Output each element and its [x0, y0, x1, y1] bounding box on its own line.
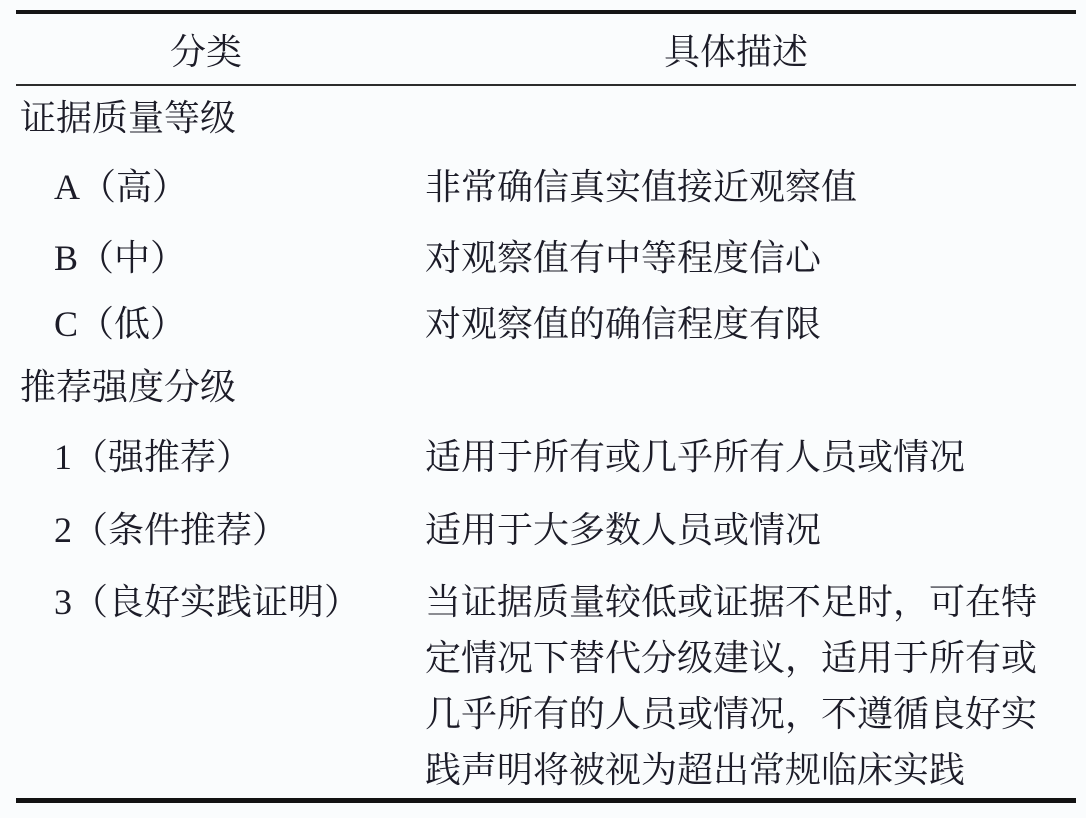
section-title: 推荐强度分级	[16, 359, 420, 415]
grade-evidence-table: 分类 具体描述 证据质量等级 A（高） 非常确信真实值接近观察值 B（中） 对观…	[16, 10, 1076, 803]
section-row-evidence-quality: 证据质量等级	[16, 86, 1076, 150]
table-row: B（中） 对观察值有中等程度信心	[16, 222, 1076, 290]
table-row: 3（良好实践证明） 当证据质量较低或证据不足时，可在特定情况下替代分级建议，适用…	[16, 562, 1076, 798]
row-description: 对观察值的确信程度有限	[420, 296, 1072, 352]
row-description: 对观察值有中等程度信心	[420, 230, 1072, 286]
table-bottom-rule	[16, 798, 1076, 803]
row-label: B（中）	[16, 230, 420, 286]
document-page: 分类 具体描述 证据质量等级 A（高） 非常确信真实值接近观察值 B（中） 对观…	[0, 0, 1086, 818]
row-description: 适用于所有或几乎所有人员或情况	[420, 429, 1072, 485]
row-description: 非常确信真实值接近观察值	[420, 159, 1072, 215]
row-description: 当证据质量较低或证据不足时，可在特定情况下替代分级建议，适用于所有或几乎所有的人…	[420, 574, 1072, 798]
row-label: 1（强推荐）	[16, 429, 420, 485]
row-label: C（低）	[16, 296, 420, 352]
row-label: 3（良好实践证明）	[16, 574, 420, 630]
row-label: 2（条件推荐）	[16, 502, 420, 558]
row-label: A（高）	[16, 159, 420, 215]
table-row: A（高） 非常确信真实值接近观察值	[16, 150, 1076, 222]
header-cell-description: 具体描述	[396, 24, 1076, 75]
section-title: 证据质量等级	[16, 90, 420, 146]
table-row: 1（强推荐） 适用于所有或几乎所有人员或情况	[16, 420, 1076, 492]
table-row: C（低） 对观察值的确信程度有限	[16, 290, 1076, 358]
header-cell-category: 分类	[16, 24, 396, 75]
table-body: 证据质量等级 A（高） 非常确信真实值接近观察值 B（中） 对观察值有中等程度信…	[16, 86, 1076, 798]
table-header-row: 分类 具体描述	[16, 14, 1076, 84]
section-row-recommendation-strength: 推荐强度分级	[16, 358, 1076, 420]
row-description: 适用于大多数人员或情况	[420, 502, 1072, 558]
table-row: 2（条件推荐） 适用于大多数人员或情况	[16, 492, 1076, 562]
